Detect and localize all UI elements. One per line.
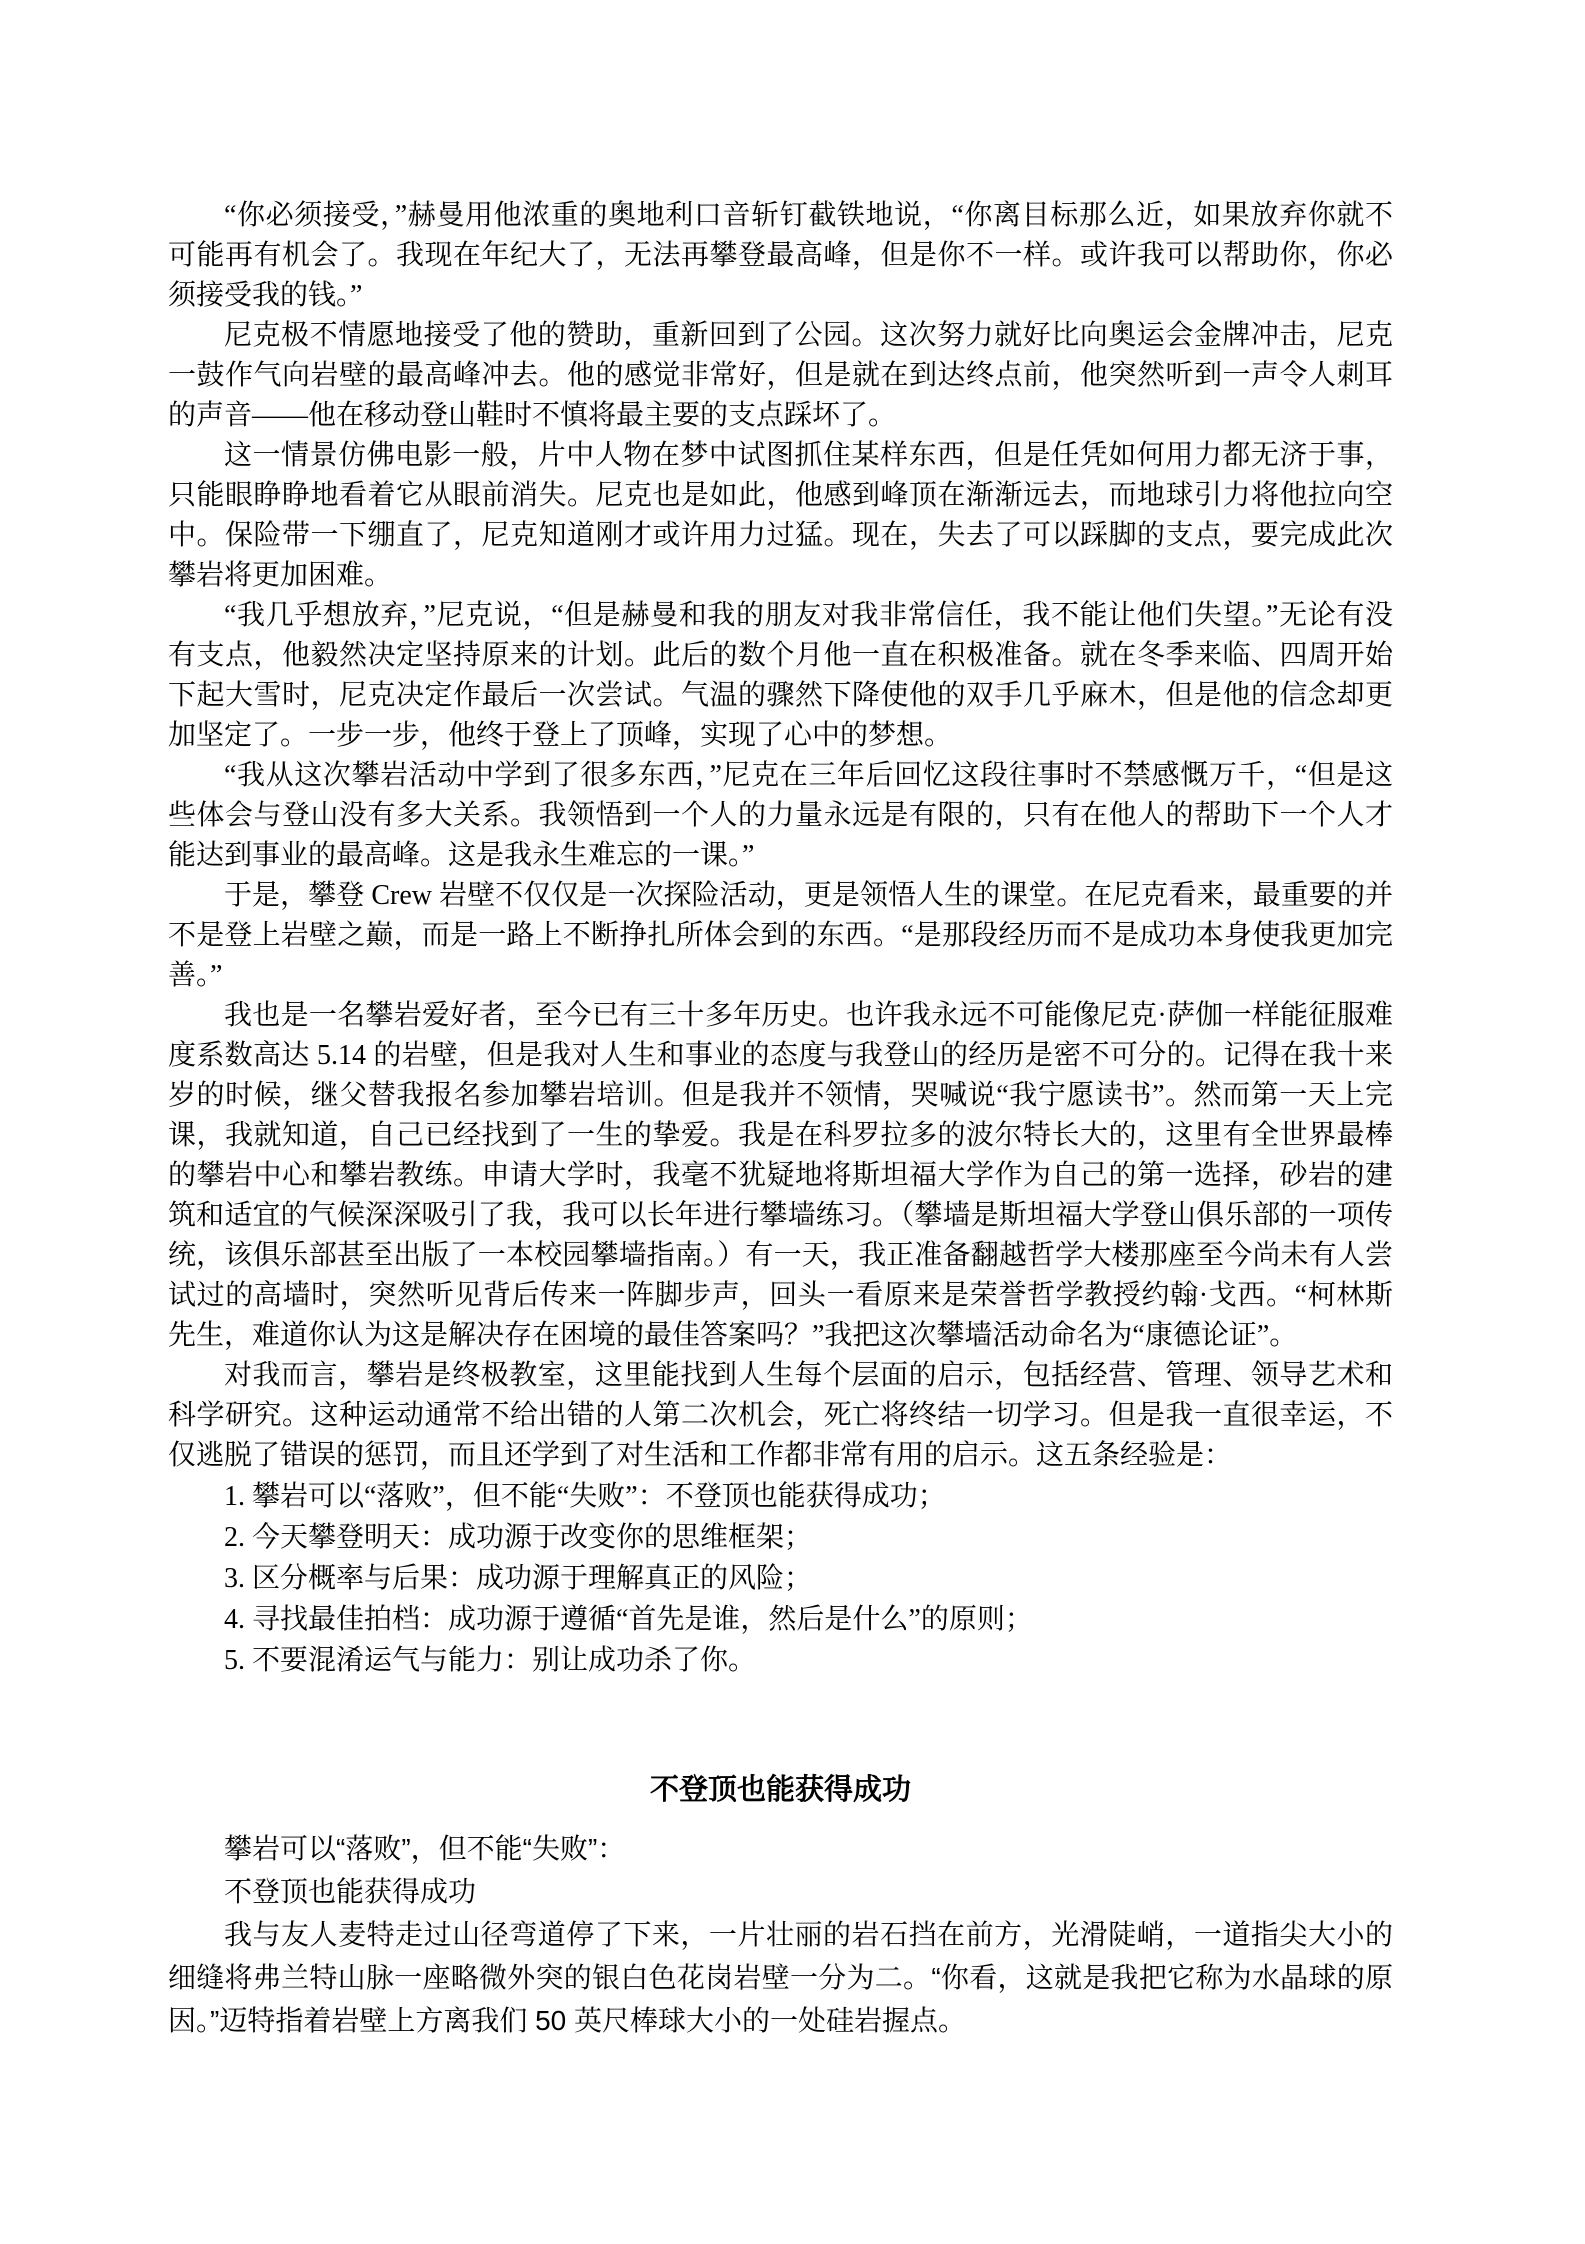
lessons-list: 1. 攀岩可以“落败”，但不能“失败”：不登顶也能获得成功； 2. 今天攀登明天… xyxy=(168,1476,1393,1681)
lesson-item-5: 5. 不要混淆运气与能力：别让成功杀了你。 xyxy=(168,1640,1393,1681)
lesson-item-3: 3. 区分概率与后果：成功源于理解真正的风险； xyxy=(168,1558,1393,1599)
lesson-item-4: 4. 寻找最佳拍档：成功源于遵循“首先是谁，然后是什么”的原则； xyxy=(168,1599,1393,1640)
body-paragraph-1: “你必须接受，”赫曼用他浓重的奥地利口音斩钉截铁地说，“你离目标那么近，如果放弃… xyxy=(168,196,1393,316)
document-page: “你必须接受，”赫曼用他浓重的奥地利口音斩钉截铁地说，“你离目标那么近，如果放弃… xyxy=(0,0,1585,2244)
body-paragraph-7: 我也是一名攀岩爱好者，至今已有三十多年历史。也许我永远不可能像尼克·萨伽一样能征… xyxy=(168,996,1393,1356)
body-paragraph-4: “我几乎想放弃，”尼克说，“但是赫曼和我的朋友对我非常信任，我不能让他们失望。”… xyxy=(168,596,1393,756)
section-paragraph: 我与友人麦特走过山径弯道停了下来，一片壮丽的岩石挡在前方，光滑陡峭，一道指尖大小… xyxy=(168,1913,1393,2042)
body-paragraph-2: 尼克极不情愿地接受了他的赞助，重新回到了公园。这次努力就好比向奥运会金牌冲击，尼… xyxy=(168,316,1393,436)
body-paragraph-5: “我从这次攀岩活动中学到了很多东西，”尼克在三年后回忆这段往事时不禁感慨万千，“… xyxy=(168,756,1393,876)
section-subtitle-line-2: 不登顶也能获得成功 xyxy=(168,1870,1393,1913)
body-paragraph-6: 于是，攀登 Crew 岩壁不仅仅是一次探险活动，更是领悟人生的课堂。在尼克看来，… xyxy=(168,876,1393,996)
section-heading: 不登顶也能获得成功 xyxy=(168,1769,1393,1811)
section-subtitle-line-1: 攀岩可以“落败”，但不能“失败”： xyxy=(168,1827,1393,1870)
lesson-item-1: 1. 攀岩可以“落败”，但不能“失败”：不登顶也能获得成功； xyxy=(168,1476,1393,1517)
body-paragraph-3: 这一情景仿佛电影一般，片中人物在梦中试图抓住某样东西，但是任凭如何用力都无济于事… xyxy=(168,436,1393,596)
chapter-section: 不登顶也能获得成功 攀岩可以“落败”，但不能“失败”： 不登顶也能获得成功 我与… xyxy=(168,1769,1393,2042)
document-body: “你必须接受，”赫曼用他浓重的奥地利口音斩钉截铁地说，“你离目标那么近，如果放弃… xyxy=(168,196,1393,1681)
lesson-item-2: 2. 今天攀登明天：成功源于改变你的思维框架； xyxy=(168,1517,1393,1558)
body-paragraph-8: 对我而言，攀岩是终极教室，这里能找到人生每个层面的启示，包括经营、管理、领导艺术… xyxy=(168,1356,1393,1476)
